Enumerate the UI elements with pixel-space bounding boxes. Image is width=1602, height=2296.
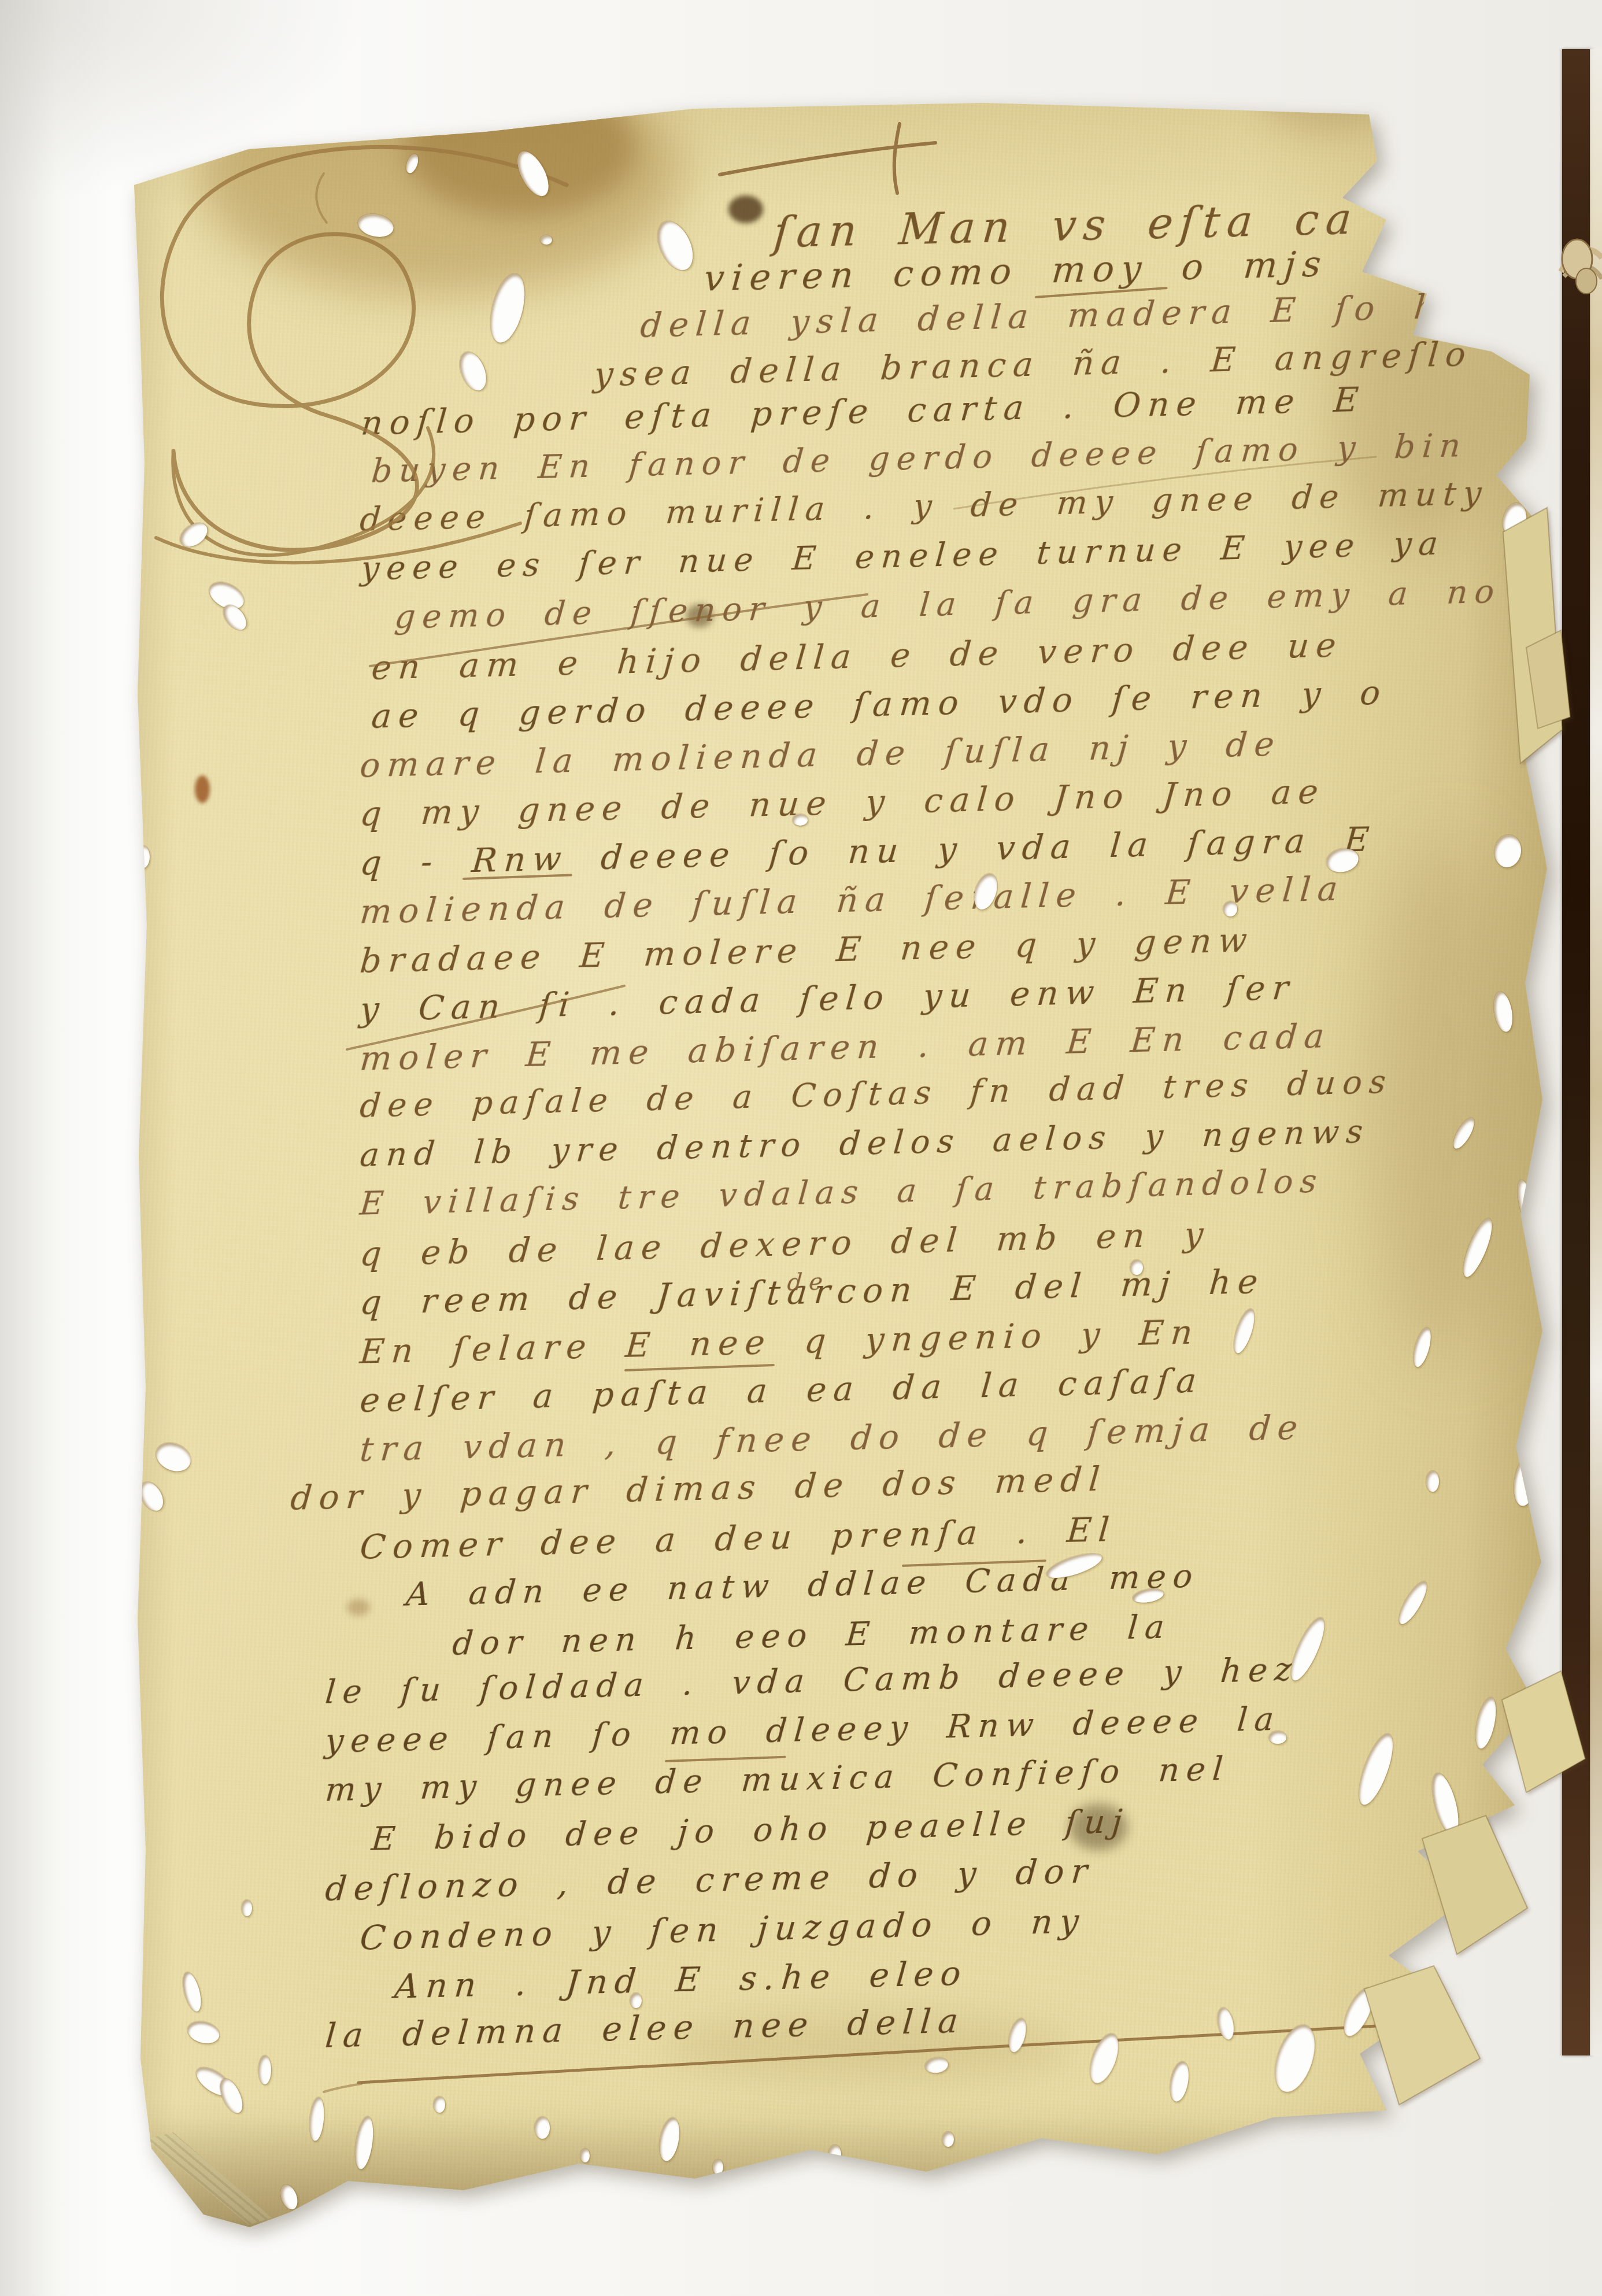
scan-background: ſan Man vs eſta cavieren como moy o mjsd… (0, 0, 1602, 2296)
binding-cord-knot (1561, 239, 1602, 294)
torn-fragments-layer (0, 0, 1602, 2296)
paper-fragments (1364, 508, 1585, 2105)
